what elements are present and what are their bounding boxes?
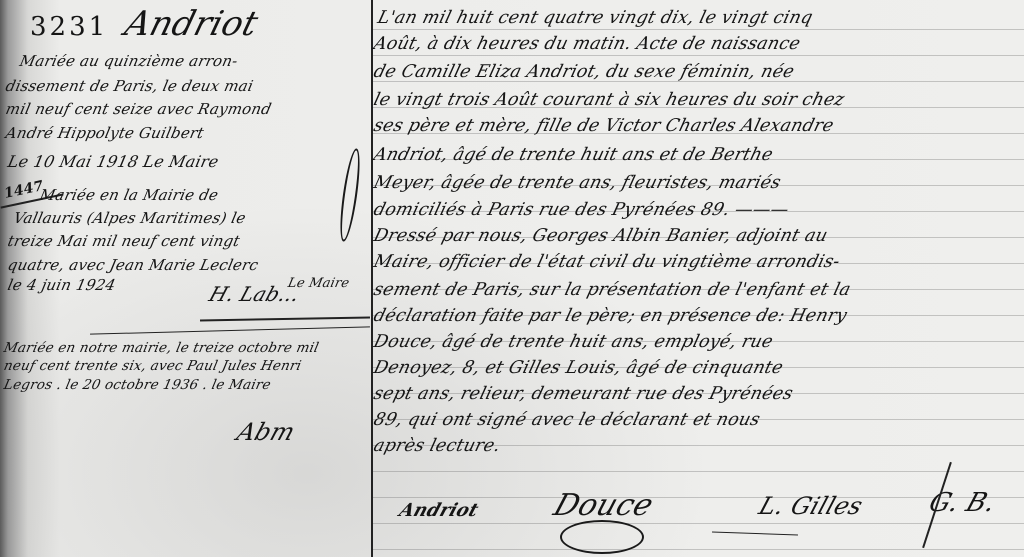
signature-witness-gilles: L. Gilles [755,492,866,520]
surname-heading: Andriot [121,4,263,44]
annotation-date-line: Le 10 Mai 1918 Le Maire [6,152,221,171]
column-divider [371,0,373,557]
body-line: Andriot, âgé de trente huit ans et de Be… [372,145,776,165]
body-line: L'an mil huit cent quatre vingt dix, le … [376,8,815,28]
signature-declarant: Andriot [397,500,482,521]
annotation-line: André Hippolyte Guilbert [4,124,206,142]
separator-line [200,317,370,322]
mayor-signature: Abm [233,418,298,446]
mayor-signature: H. Lab... [206,282,303,306]
annotation-line: treize Mai mil neuf cent vingt [6,232,242,250]
body-line: domiciliés à Paris rue des Pyrénées 89. … [372,200,791,220]
annotation-line: Vallauris (Alpes Maritimes) le [12,209,247,227]
annotation-line: neuf cent trente six, avec Paul Jules He… [2,358,303,374]
body-line: Denoyez, 8, et Gilles Louis, âgé de cinq… [372,358,786,378]
annotation-line: Mariée en notre mairie, le treize octobr… [2,340,320,356]
body-line: après lecture. [372,436,503,456]
body-line: de Camille Eliza Andriot, du sexe fémini… [372,62,797,82]
body-line: Douce, âgé de trente huit ans, employé, … [372,332,776,352]
body-line: déclaration faite par le père; en présen… [372,306,849,326]
body-line: sept ans, relieur, demeurant rue des Pyr… [372,384,796,404]
body-line: Dressé par nous, Georges Albin Banier, a… [372,226,830,246]
signature-witness-douce: Douce [549,488,657,523]
annotation-line: dissement de Paris, le deux mai [4,77,255,95]
body-line: ses père et mère, fille de Victor Charle… [372,116,836,136]
scanned-register-page: 3231 Andriot Mariée au quinzième arron- … [0,0,1024,557]
annotation-line: mil neuf cent seize avec Raymond [4,100,273,118]
separator-line [90,326,370,334]
body-line: Meyer, âgée de trente ans, fleuristes, m… [372,173,783,193]
entry-number: 3231 [30,12,108,42]
ruled-lines [372,0,1024,557]
body-line: le vingt trois Août courant à six heures… [372,90,847,110]
annotation-line: quatre, avec Jean Marie Leclerc [6,256,260,274]
body-line: sement de Paris, sur la présentation de … [372,280,853,300]
signature-flourish [560,520,644,554]
annotation-line: Mariée au quinzième arron- [18,52,239,70]
body-line: 89, qui ont signé avec le déclarant et n… [372,410,763,430]
annotation-line: Mariée en la Mairie de [38,186,220,204]
body-line: Août, à dix heures du matin. Acte de nai… [372,34,803,54]
mayor-signature-mark [337,147,364,242]
body-line: Maire, officier de l'état civil du vingt… [372,252,843,272]
annotation-line: Legros . le 20 octobre 1936 . le Maire [2,377,272,393]
annotation-line: le 4 juin 1924 [6,276,117,294]
